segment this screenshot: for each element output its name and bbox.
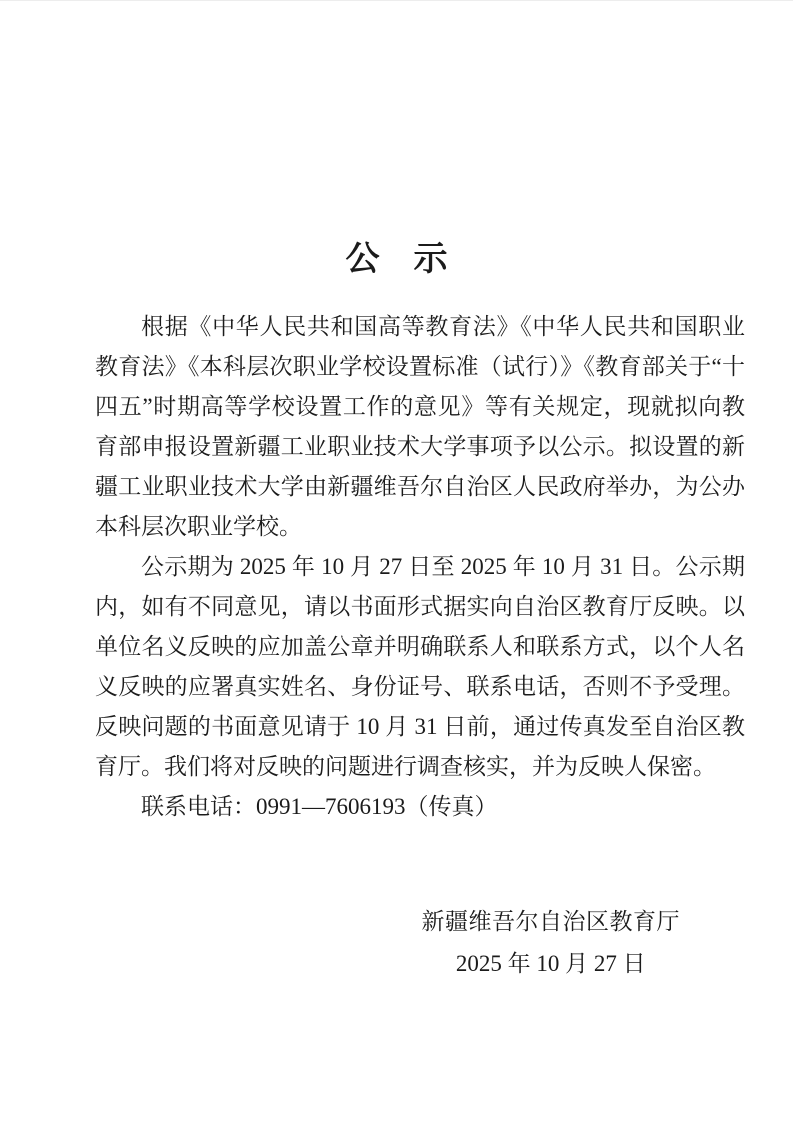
signature-block: 新疆维吾尔自治区教育厅 2025 年 10 月 27 日 xyxy=(422,901,681,985)
page-title: 公 示 xyxy=(0,240,793,280)
notice-paragraph-publicity-period: 公示期为 2025 年 10 月 27 日至 2025 年 10 月 31 日。… xyxy=(95,547,745,787)
notice-paragraph-legal-basis: 根据《中华人民共和国高等教育法》《中华人民共和国职业教育法》《本科层次职业学校设… xyxy=(95,307,745,547)
contact-phone-line: 联系电话：0991—7606193（传真） xyxy=(95,787,745,827)
signature-date: 2025 年 10 月 27 日 xyxy=(422,943,681,985)
signature-issuer: 新疆维吾尔自治区教育厅 xyxy=(422,901,681,943)
notice-body: 根据《中华人民共和国高等教育法》《中华人民共和国职业教育法》《本科层次职业学校设… xyxy=(95,307,745,827)
notice-page: 公 示 根据《中华人民共和国高等教育法》《中华人民共和国职业教育法》《本科层次职… xyxy=(0,0,793,1122)
